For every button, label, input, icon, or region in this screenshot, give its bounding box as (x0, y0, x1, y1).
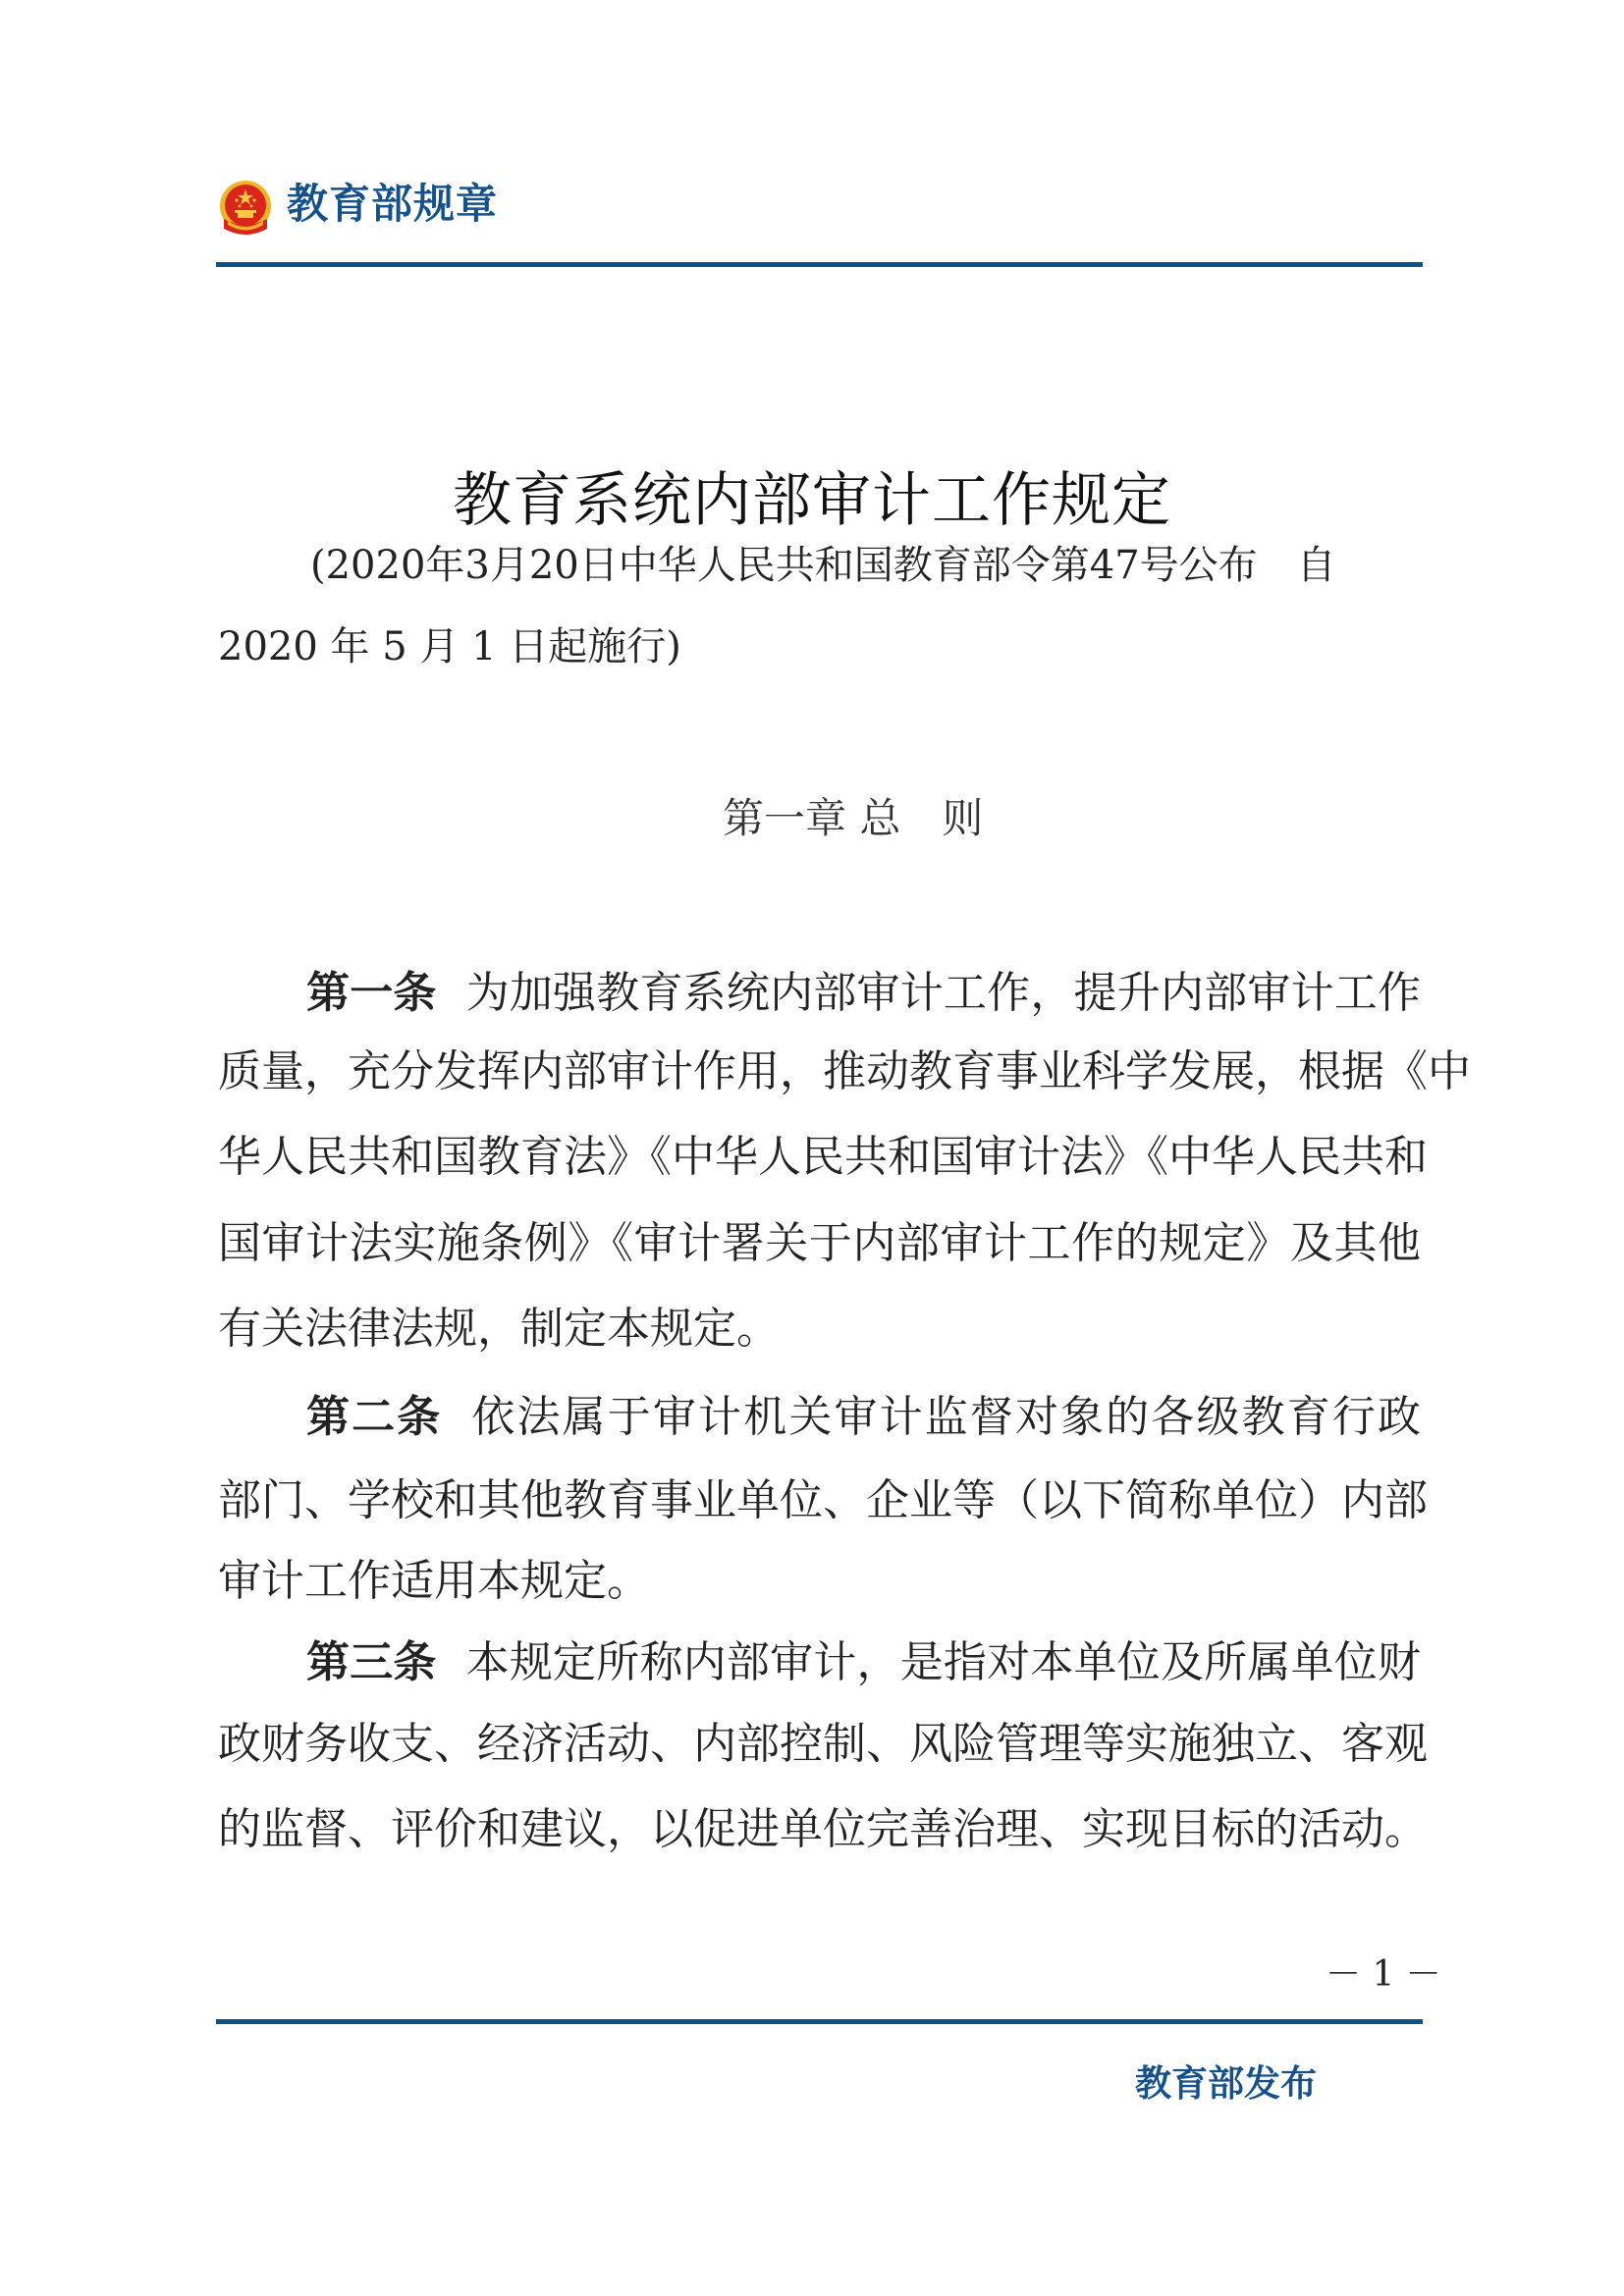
article-text: 本规定所称内部审计，是指对本单位及所属单位财 (466, 1637, 1421, 1687)
brand-title: 教育部规章 (287, 179, 498, 230)
subtitle-line-1: (2020年3月20日中华人民共和国教育部令第47号公布 自 (310, 541, 1336, 590)
article-2-line-3: 审计工作适用本规定。 (218, 1552, 1421, 1611)
article-label: 第三条 (306, 1637, 437, 1687)
chapter-heading: 第一章 总 则 (723, 791, 983, 846)
article-1-line-2: 质量，充分发挥内部审计作用，推动教育事业科学发展，根据《中 (218, 1042, 1421, 1101)
article-1-line-4: 国审计法实施条例》《审计署关于内部审计工作的规定》及其他 (218, 1214, 1421, 1273)
article-1-line-3: 华人民共和国教育法》《中华人民共和国审计法》《中华人民共和 (218, 1128, 1421, 1187)
article-2-line-1: 第二条依法属于审计机关审计监督对象的各级教育行政 (306, 1388, 1421, 1447)
article-3-line-2: 政财务收支、经济活动、内部控制、风险管理等实施独立、客观 (218, 1715, 1421, 1774)
article-1-line-1: 第一条为加强教育系统内部审计工作，提升内部审计工作 (306, 964, 1421, 1023)
document-title: 教育系统内部审计工作规定 (0, 461, 1624, 540)
footer-rule (216, 2019, 1423, 2024)
page-number: － 1 － (1326, 1953, 1441, 1997)
header-rule (216, 262, 1423, 267)
article-2-line-2: 部门、学校和其他教育事业单位、企业等（以下简称单位）内部 (218, 1471, 1421, 1530)
national-emblem-icon (218, 180, 273, 239)
article-label: 第一条 (306, 968, 437, 1018)
article-3-line-3: 的监督、评价和建议，以促进单位完善治理、实现目标的活动。 (218, 1800, 1421, 1859)
article-text: 依法属于审计机关审计监督对象的各级教育行政 (471, 1392, 1421, 1442)
article-1-line-5: 有关法律法规，制定本规定。 (218, 1300, 1421, 1359)
publisher-label: 教育部发布 (1135, 2059, 1317, 2109)
article-label: 第二条 (306, 1392, 442, 1442)
article-3-line-1: 第三条本规定所称内部审计，是指对本单位及所属单位财 (306, 1633, 1421, 1692)
article-text: 为加强教育系统内部审计工作，提升内部审计工作 (466, 968, 1421, 1018)
subtitle-line-2: 2020 年 5 月 1 日起施行) (218, 622, 681, 671)
